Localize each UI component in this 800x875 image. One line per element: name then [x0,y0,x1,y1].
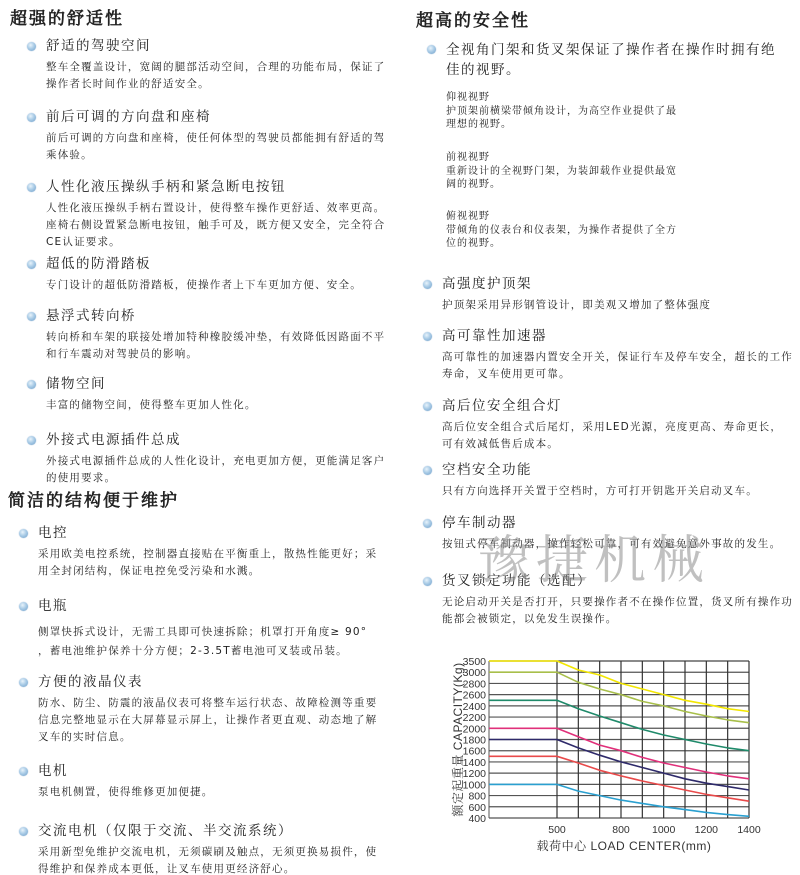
feature-title: 高可靠性加速器 [442,327,547,345]
section-title-safety: 超高的安全性 [416,6,530,31]
feature-title: 电机 [38,762,68,780]
feature-item: 高后位安全组合灯 高后位安全组合式后尾灯，采用LED光源，亮度更高、寿命更长，可… [423,397,793,453]
feature-title: 空档安全功能 [442,461,532,479]
svg-text:400: 400 [468,813,486,825]
bullet-icon [423,280,432,289]
feature-item: 电瓶 侧罩快拆式设计，无需工具即可快速拆除；机罩打开角度≥ 90° ，蓄电池维护… [19,597,379,661]
svg-text:500: 500 [548,824,566,836]
bullet-icon [423,402,432,411]
capacity-chart-svg: 3500300028002600240022002000180016001400… [440,650,770,875]
vision-sub-desc: 护顶架前横梁带倾角设计，为高空作业提供了最理想的视野。 [446,105,686,132]
feature-item: 储物空间 丰富的储物空间，使得整车更加人性化。 [27,375,387,414]
feature-title: 前后可调的方向盘和座椅 [46,108,211,126]
feature-item: 悬浮式转向桥 转向桥和车架的联接处增加特种橡胶缓冲垫，有效降低因路面不平和行车震… [27,307,387,363]
feature-desc: 高后位安全组合式后尾灯，采用LED光源，亮度更高、寿命更长，可有效减低售后成本。 [442,419,793,453]
feature-item: 空档安全功能 只有方向选择开关置于空档时，方可打开钥匙开关启动叉车。 [423,461,793,500]
svg-text:1800: 1800 [463,735,487,747]
svg-text:2600: 2600 [463,690,487,702]
svg-text:1000: 1000 [463,779,487,791]
bullet-icon [27,183,36,192]
feature-desc: 外接式电源插件总成的人性化设计，充电更加方便，更能满足客户的使用要求。 [46,453,387,487]
feature-title: 停车制动器 [442,514,517,532]
feature-desc: 采用新型免维护交流电机，无须碳刷及触点，无须更换易损件，使得维护和保养成本更低，… [38,844,379,875]
svg-text:3500: 3500 [463,656,487,668]
vision-sub-title: 前视视野 [446,151,686,165]
vision-sub-desc: 带倾角的仪表台和仪表架，为操作者提供了全方位的视野。 [446,224,686,251]
bullet-icon [27,380,36,389]
bullet-icon [27,42,36,51]
feature-title: 货叉锁定功能（选配） [442,572,592,590]
bullet-icon [423,519,432,528]
bullet-icon [19,827,28,836]
bullet-icon [27,260,36,269]
svg-text:2400: 2400 [463,701,487,713]
svg-text:600: 600 [468,802,486,814]
feature-desc: 专门设计的超低防滑踏板，使操作者上下车更加方便、安全。 [46,277,387,294]
svg-text:800: 800 [468,791,486,803]
feature-item: 外接式电源插件总成 外接式电源插件总成的人性化设计，充电更加方便，更能满足客户的… [27,431,387,487]
bullet-icon [19,767,28,776]
bullet-icon [427,45,436,54]
feature-item: 电机 泵电机侧置，使得维修更加便捷。 [19,762,379,801]
feature-desc: 侧罩快拆式设计，无需工具即可快速拆除；机罩打开角度≥ 90° ，蓄电池维护保养十… [38,623,379,661]
feature-item: 人性化液压操纵手柄和紧急断电按钮 人性化液压操纵手柄右置设计，使得整车操作更舒适… [27,178,387,251]
feature-title: 全视角门架和货叉架保证了操作者在操作时拥有绝佳的视野。 [446,40,787,80]
section-title-maintenance: 简洁的结构便于维护 [8,486,179,511]
bullet-icon [27,113,36,122]
svg-text:1400: 1400 [463,757,487,769]
feature-item-vision: 全视角门架和货叉架保证了操作者在操作时拥有绝佳的视野。 [427,40,787,80]
feature-title: 电控 [38,524,68,542]
feature-desc: 防水、防尘、防震的液晶仪表可将整车运行状态、故障检测等重要信息完整地显示在大屏幕… [38,695,379,746]
feature-desc: 无论启动开关是否打开，只要操作者不在操作位置，货叉所有操作功能都会被锁定，以免发… [442,594,793,628]
feature-title: 高强度护顶架 [442,275,532,293]
feature-title: 储物空间 [46,375,106,393]
bullet-icon [423,577,432,586]
feature-item: 停车制动器 按钮式停车制动器，操作轻松可靠，可有效避免意外事故的发生。 [423,514,793,553]
feature-item: 货叉锁定功能（选配） 无论启动开关是否打开，只要操作者不在操作位置，货叉所有操作… [423,572,793,628]
feature-title: 外接式电源插件总成 [46,431,181,449]
feature-desc: 前后可调的方向盘和座椅，使任何体型的驾驶员都能拥有舒适的驾乘体验。 [46,130,387,164]
bullet-icon [19,529,28,538]
svg-text:1200: 1200 [695,824,719,836]
svg-text:1400: 1400 [737,824,761,836]
bullet-icon [423,332,432,341]
vision-sub-title: 俯视视野 [446,210,686,224]
svg-text:3000: 3000 [463,667,487,679]
bullet-icon [27,312,36,321]
svg-text:载荷中心 LOAD CENTER(mm): 载荷中心 LOAD CENTER(mm) [537,838,712,853]
section-title-comfort: 超强的舒适性 [10,4,124,29]
feature-item: 超低的防滑踏板 专门设计的超低防滑踏板，使操作者上下车更加方便、安全。 [27,255,387,294]
feature-title: 悬浮式转向桥 [46,307,136,325]
svg-text:1600: 1600 [463,746,487,758]
feature-title: 超低的防滑踏板 [46,255,151,273]
vision-sub-item: 前视视野 重新设计的全视野门架，为装卸载作业提供最宽阔的视野。 [446,151,686,192]
bullet-icon [19,602,28,611]
svg-text:额定起重量 CAPACITY(Kg): 额定起重量 CAPACITY(Kg) [450,662,465,816]
feature-desc: 丰富的储物空间，使得整车更加人性化。 [46,397,387,414]
vision-sub-item: 俯视视野 带倾角的仪表台和仪表架，为操作者提供了全方位的视野。 [446,210,686,251]
feature-item: 高强度护顶架 护顶架采用异形钢管设计，即美观又增加了整体强度 [423,275,793,314]
feature-title: 舒适的驾驶空间 [46,37,151,55]
feature-desc: 转向桥和车架的联接处增加特种橡胶缓冲垫，有效降低因路面不平和行车震动对驾驶员的影… [46,329,387,363]
feature-title: 交流电机（仅限于交流、半交流系统） [38,822,293,840]
svg-text:2800: 2800 [463,678,487,690]
feature-item: 交流电机（仅限于交流、半交流系统） 采用新型免维护交流电机，无须碳刷及触点，无须… [19,822,379,875]
feature-item: 电控 采用欧美电控系统，控制器直接贴在平衡重上，散热性能更好；采用全封闭结构，保… [19,524,379,580]
feature-title: 高后位安全组合灯 [442,397,562,415]
vision-sub-title: 仰视视野 [446,91,686,105]
svg-text:1200: 1200 [463,768,487,780]
bullet-icon [27,436,36,445]
svg-text:800: 800 [612,824,630,836]
feature-desc: 护顶架采用异形钢管设计，即美观又增加了整体强度 [442,297,793,314]
feature-item: 方便的液晶仪表 防水、防尘、防震的液晶仪表可将整车运行状态、故障检测等重要信息完… [19,673,379,746]
feature-desc: 泵电机侧置，使得维修更加便捷。 [38,784,379,801]
svg-text:2000: 2000 [463,723,487,735]
feature-desc: 采用欧美电控系统，控制器直接贴在平衡重上，散热性能更好；采用全封闭结构，保证电控… [38,546,379,580]
feature-item: 高可靠性加速器 高可靠性的加速器内置安全开关，保证行车及停车安全，超长的工作寿命… [423,327,793,383]
feature-desc: 人性化液压操纵手柄右置设计，使得整车操作更舒适、效率更高。座椅右侧设置紧急断电按… [46,200,387,251]
feature-title: 电瓶 [38,597,68,615]
svg-text:1000: 1000 [652,824,676,836]
feature-desc: 高可靠性的加速器内置安全开关，保证行车及停车安全，超长的工作寿命，叉车使用更可靠… [442,349,793,383]
feature-item: 舒适的驾驶空间 整车全覆盖设计，宽阔的腿部活动空间，合理的功能布局，保证了操作者… [27,37,387,93]
vision-sub-item: 仰视视野 护顶架前横梁带倾角设计，为高空作业提供了最理想的视野。 [446,91,686,132]
feature-desc: 整车全覆盖设计，宽阔的腿部活动空间，合理的功能布局，保证了操作者长时间作业的舒适… [46,59,387,93]
feature-desc: 只有方向选择开关置于空档时，方可打开钥匙开关启动叉车。 [442,483,793,500]
feature-desc: 按钮式停车制动器，操作轻松可靠，可有效避免意外事故的发生。 [442,536,793,553]
svg-text:2200: 2200 [463,712,487,724]
feature-title: 方便的液晶仪表 [38,673,143,691]
bullet-icon [19,678,28,687]
feature-title: 人性化液压操纵手柄和紧急断电按钮 [46,178,286,196]
capacity-chart: 3500300028002600240022002000180016001400… [440,650,770,875]
bullet-icon [423,466,432,475]
vision-sub-desc: 重新设计的全视野门架，为装卸载作业提供最宽阔的视野。 [446,165,686,192]
feature-item: 前后可调的方向盘和座椅 前后可调的方向盘和座椅，使任何体型的驾驶员都能拥有舒适的… [27,108,387,164]
